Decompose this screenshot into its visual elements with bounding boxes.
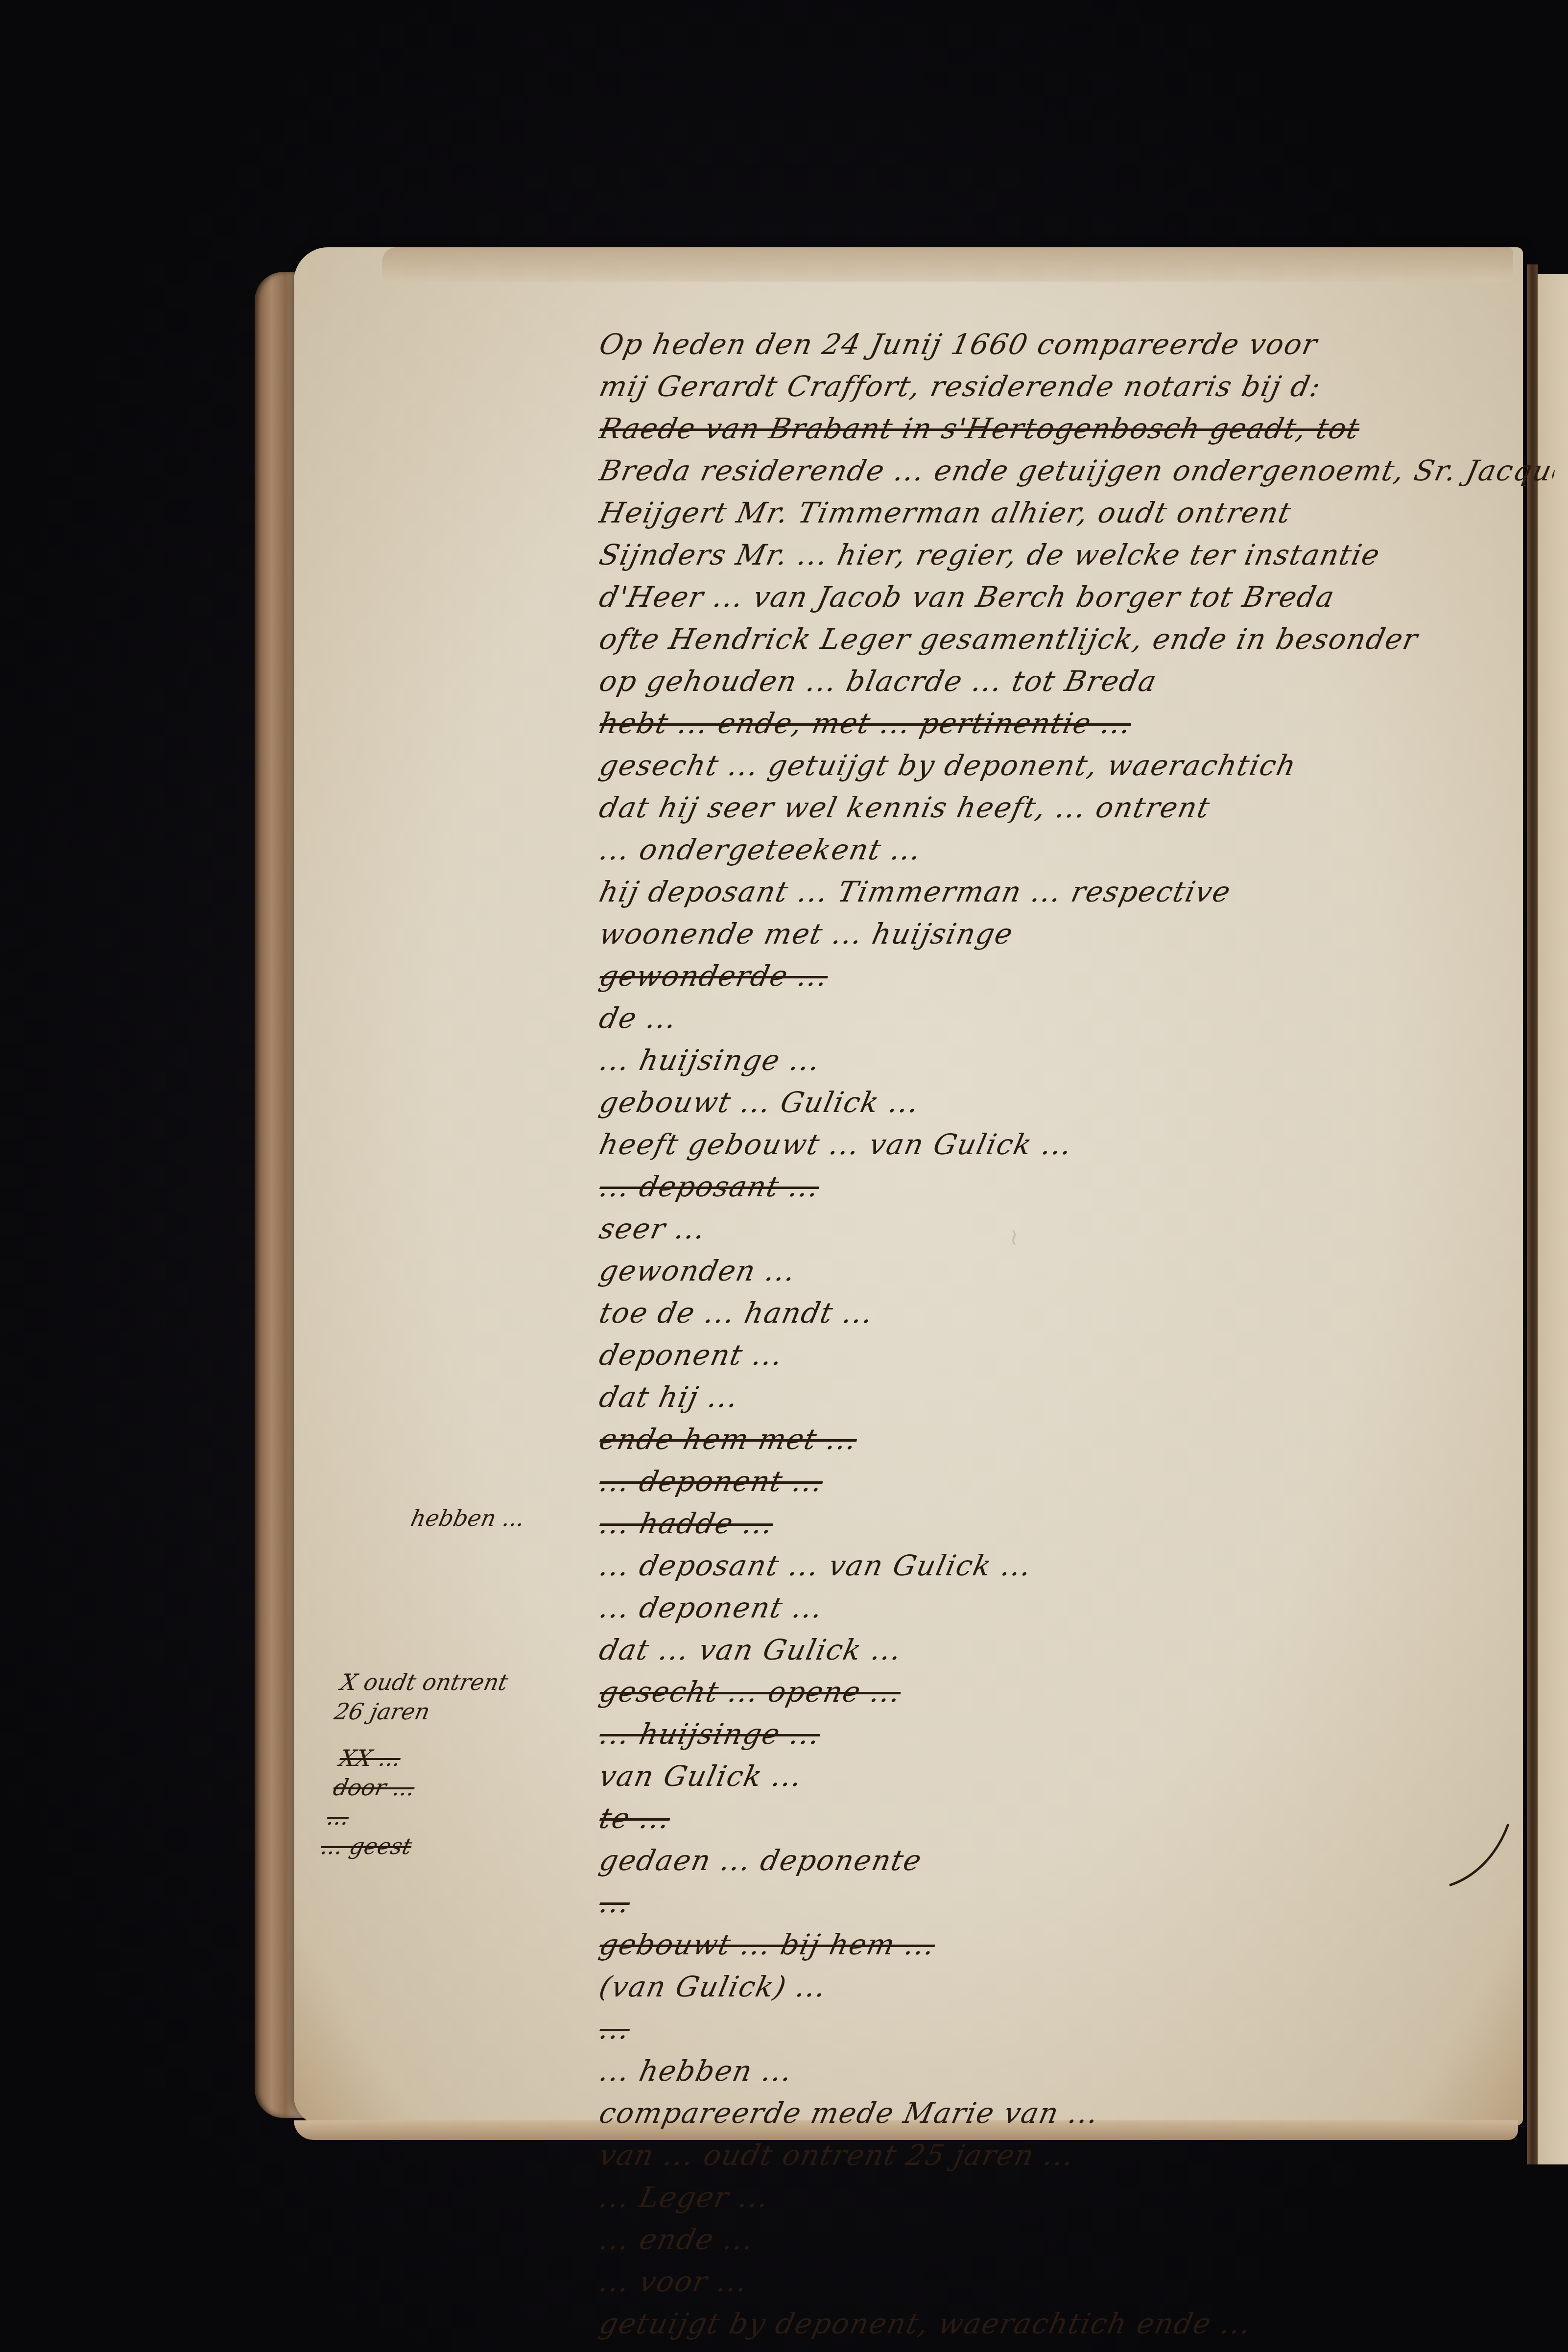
- manuscript-line-text: Heijgert Mr. Timmerman alhier, oudt ontr…: [596, 496, 1295, 529]
- manuscript-line-text: gesecht ... getuijgt by deponent, waerac…: [596, 749, 1300, 782]
- manuscript-line-text: gesecht ... opene ...: [596, 1675, 904, 1709]
- manuscript-line: ... ende ...: [595, 2218, 1559, 2260]
- manuscript-line-text: ...: [596, 2012, 634, 2045]
- manuscript-line: dat hij ...: [595, 1376, 1559, 1418]
- manuscript-line: (van Gulick) ...: [595, 1966, 1559, 2008]
- margin-note-line: X oudt ontrent: [338, 1667, 511, 1697]
- manuscript-line: ende hem met ...: [595, 1418, 1559, 1460]
- manuscript-line: toe de ... handt ...: [595, 1292, 1559, 1334]
- manuscript-line: ofte Hendrick Leger gesamentlijck, ende …: [595, 618, 1559, 660]
- margin-note-line: ...: [324, 1802, 421, 1831]
- manuscript-line: ... deposant ... van Gulick ...: [595, 1544, 1559, 1587]
- manuscript-line: getuijgt by deponent, waerachtich ende .…: [595, 2303, 1559, 2345]
- manuscript-line: Breda residerende ... ende getuijgen ond…: [595, 450, 1559, 492]
- margin-note-line: XX ...: [337, 1743, 433, 1773]
- manuscript-line: ... voor ...: [595, 2260, 1559, 2303]
- manuscript-line-text: ... ondergeteekent ...: [596, 833, 925, 866]
- end-flourish-mark: [1420, 1822, 1518, 1890]
- margin-note-line: hebben ...: [408, 1503, 528, 1533]
- manuscript-line-text: dat hij seer wel kennis heeft, ... ontre…: [596, 791, 1213, 824]
- manuscript-line-text: ... deposant ... van Gulick ...: [596, 1549, 1035, 1582]
- margin-note-line: 26 jaren: [332, 1697, 504, 1726]
- manuscript-line: ... hebben ...: [595, 2050, 1559, 2092]
- manuscript-line: ... deponent ...: [595, 1460, 1559, 1502]
- manuscript-line-text: gebouwt ... Gulick ...: [596, 1086, 923, 1119]
- manuscript-line: seer ...: [595, 1208, 1559, 1250]
- manuscript-line: Sijnders Mr. ... hier, regier, de welcke…: [595, 534, 1559, 576]
- manuscript-line: gebouwt ... bij hem ...: [595, 1924, 1559, 1966]
- manuscript-line-text: d'Heer ... van Jacob van Berch borger to…: [596, 580, 1338, 614]
- manuscript-line: ... ondergeteekent ...: [595, 829, 1559, 871]
- manuscript-line-text: ... huijsinge ...: [596, 1717, 824, 1751]
- manuscript-line: ... huijsinge ...: [595, 1039, 1559, 1081]
- manuscript-line: hij deposant ... Timmerman ... respectiv…: [595, 871, 1559, 913]
- manuscript-line: dat hij seer wel kennis heeft, ... ontre…: [595, 786, 1559, 829]
- manuscript-line: woonende met ... huijsinge: [595, 913, 1559, 955]
- manuscript-line-text: deponent ...: [596, 1338, 786, 1372]
- manuscript-line-text: ... deponent ...: [596, 1465, 827, 1498]
- manuscript-line: op gehouden ... blacrde ... tot Breda: [595, 660, 1559, 702]
- manuscript-line-text: ... voor ...: [596, 2265, 751, 2298]
- manuscript-line: deponent ...: [595, 1334, 1559, 1376]
- manuscript-line: ... Leger ...: [595, 2176, 1559, 2218]
- page-top-edge: [382, 247, 1513, 282]
- manuscript-line-text: ... deponent ...: [596, 1591, 827, 1624]
- manuscript-line-text: woonende met ... huijsinge: [596, 917, 1017, 950]
- manuscript-line-text: ...: [596, 1886, 634, 1919]
- manuscript-line-text: mij Gerardt Craffort, residerende notari…: [596, 370, 1325, 403]
- manuscript-line-text: gebouwt ... bij hem ...: [596, 1928, 939, 1961]
- manuscript-line: ... deposant ...: [595, 1165, 1559, 1208]
- margin-note-line: door ...: [331, 1773, 427, 1802]
- manuscript-line-text: gewonden ...: [596, 1254, 799, 1287]
- manuscript-line: ... deponent ...: [595, 1587, 1559, 1629]
- manuscript-line-text: te ...: [596, 1802, 674, 1835]
- manuscript-line: van Gulick ...: [595, 1755, 1559, 1797]
- manuscript-line-text: Raede van Brabant in s'Hertogenbosch gea…: [596, 412, 1363, 445]
- manuscript-line: gedaen ... deponente: [595, 1839, 1559, 1881]
- manuscript-line: ... huijsinge ...: [595, 1713, 1559, 1755]
- manuscript-line-text: hij deposant ... Timmerman ... respectiv…: [596, 875, 1235, 908]
- manuscript-line-text: seer ...: [596, 1212, 709, 1245]
- manuscript-line: de ...: [595, 997, 1559, 1039]
- margin-note-2: X oudt ontrent26 jaren: [332, 1667, 511, 1726]
- manuscript-line-text: de ...: [596, 1001, 681, 1035]
- manuscript-line-text: van Gulick ...: [596, 1759, 806, 1793]
- margin-note-1: hebben ...: [408, 1503, 528, 1533]
- manuscript-line: ...: [595, 2008, 1559, 2050]
- manuscript-line: gewonderde ...: [595, 955, 1559, 997]
- manuscript-line-text: gewonderde ...: [596, 959, 832, 993]
- manuscript-line: gewonden ...: [595, 1250, 1559, 1292]
- manuscript-line: gesecht ... getuijgt by deponent, waerac…: [595, 744, 1559, 786]
- manuscript-line: dat ... van Gulick ...: [595, 1629, 1559, 1671]
- manuscript-line: d'Heer ... van Jacob van Berch borger to…: [595, 576, 1559, 618]
- manuscript-line: te ...: [595, 1797, 1559, 1839]
- manuscript-line-text: getuijgt by deponent, waerachtich ende .…: [596, 2307, 1255, 2340]
- manuscript-line: mij Gerardt Craffort, residerende notari…: [595, 365, 1559, 407]
- manuscript-line-text: Breda residerende ... ende getuijgen ond…: [596, 454, 1559, 487]
- manuscript-line: van ... oudt ontrent 25 jaren ...: [595, 2134, 1559, 2176]
- manuscript-line-text: ... huijsinge ...: [596, 1044, 824, 1077]
- manuscript-line: Raede van Brabant in s'Hertogenbosch gea…: [595, 407, 1559, 450]
- manuscript-line-text: gedaen ... deponente: [596, 1844, 926, 1877]
- manuscript-line-text: ende hem met ...: [596, 1423, 861, 1456]
- manuscript-line: Heijgert Mr. Timmerman alhier, oudt ontr…: [595, 492, 1559, 534]
- manuscript-line: gebouwt ... Gulick ...: [595, 1081, 1559, 1123]
- manuscript-line-text: (van Gulick) ...: [596, 1970, 830, 2003]
- manuscript-line: gesecht ... opene ...: [595, 1671, 1559, 1713]
- manuscript-line-text: compareerde mede Marie van ...: [596, 2096, 1102, 2130]
- manuscript-line: hebt ... ende, met ... pertinentie ...: [595, 702, 1559, 744]
- manuscript-line: ...: [595, 1881, 1559, 1924]
- manuscript-line-text: toe de ... handt ...: [596, 1296, 877, 1330]
- manuscript-line: heeft gebouwt ... van Gulick ...: [595, 1123, 1559, 1165]
- manuscript-line-text: Op heden den 24 Junij 1660 compareerde v…: [596, 328, 1321, 361]
- manuscript-line-text: dat ... van Gulick ...: [596, 1633, 905, 1666]
- manuscript-line-text: ... hebben ...: [596, 2054, 796, 2088]
- margin-note-line: ... geest: [318, 1831, 414, 1861]
- manuscript-line-text: ... hadde ...: [596, 1507, 777, 1540]
- manuscript-line: compareerde mede Marie van ...: [595, 2092, 1559, 2134]
- main-text-block: Op heden den 24 Junij 1660 compareerde v…: [600, 323, 1555, 2345]
- manuscript-line-text: ... Leger ...: [596, 2181, 773, 2214]
- manuscript-line-text: Sijnders Mr. ... hier, regier, de welcke…: [596, 538, 1383, 571]
- manuscript-line: ... hadde ...: [595, 1502, 1559, 1544]
- manuscript-line-text: ... ende ...: [596, 2223, 758, 2256]
- manuscript-line-text: hebt ... ende, met ... pertinentie ...: [596, 707, 1135, 740]
- manuscript-line-text: van ... oudt ontrent 25 jaren ...: [596, 2138, 1078, 2172]
- manuscript-line-text: ... deposant ...: [596, 1170, 823, 1203]
- manuscript-line: Op heden den 24 Junij 1660 compareerde v…: [595, 323, 1559, 365]
- manuscript-line-text: ofte Hendrick Leger gesamentlijck, ende …: [596, 622, 1422, 656]
- manuscript-line-text: dat hij ...: [596, 1380, 742, 1414]
- manuscript-line-text: op gehouden ... blacrde ... tot Breda: [596, 665, 1160, 698]
- manuscript-line-text: heeft gebouwt ... van Gulick ...: [596, 1128, 1076, 1161]
